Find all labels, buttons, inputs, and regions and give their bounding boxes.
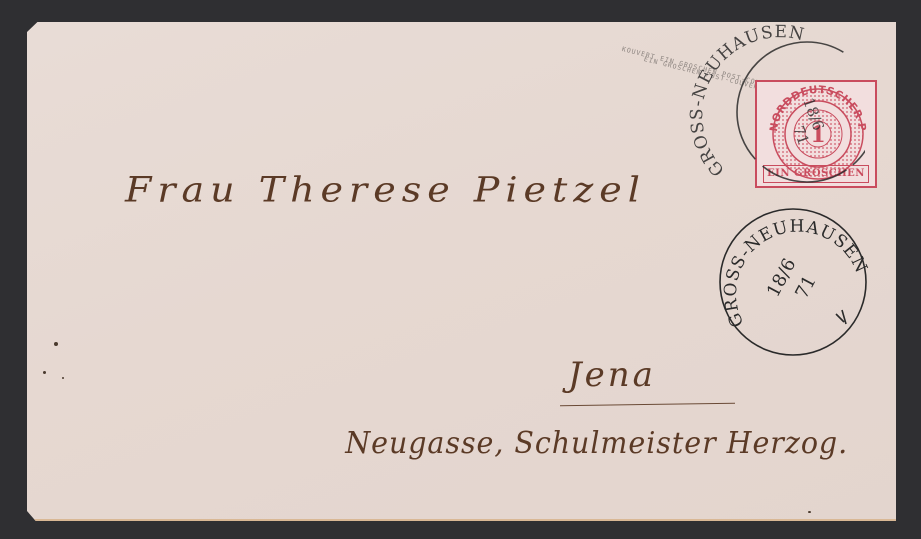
- postmark-2: GROSS-NEUHAUSEN 18/6 71: [708, 206, 878, 356]
- destination-city: Jena: [568, 355, 656, 395]
- stain-spot: [43, 371, 46, 374]
- stain-spot: [54, 342, 58, 346]
- svg-text:GROSS-NEUHAUSEN: GROSS-NEUHAUSEN: [687, 22, 806, 180]
- stain-spot: [62, 377, 64, 379]
- postmark-1: GROSS-NEUHAUSEN 18/6 71: [685, 20, 865, 190]
- addressee-name: Frau Therese Pietzel: [125, 170, 646, 210]
- svg-text:71: 71: [791, 272, 820, 302]
- stain-spot: [808, 511, 811, 513]
- street-address: Neugasse, Schulmeister Herzog.: [345, 426, 848, 461]
